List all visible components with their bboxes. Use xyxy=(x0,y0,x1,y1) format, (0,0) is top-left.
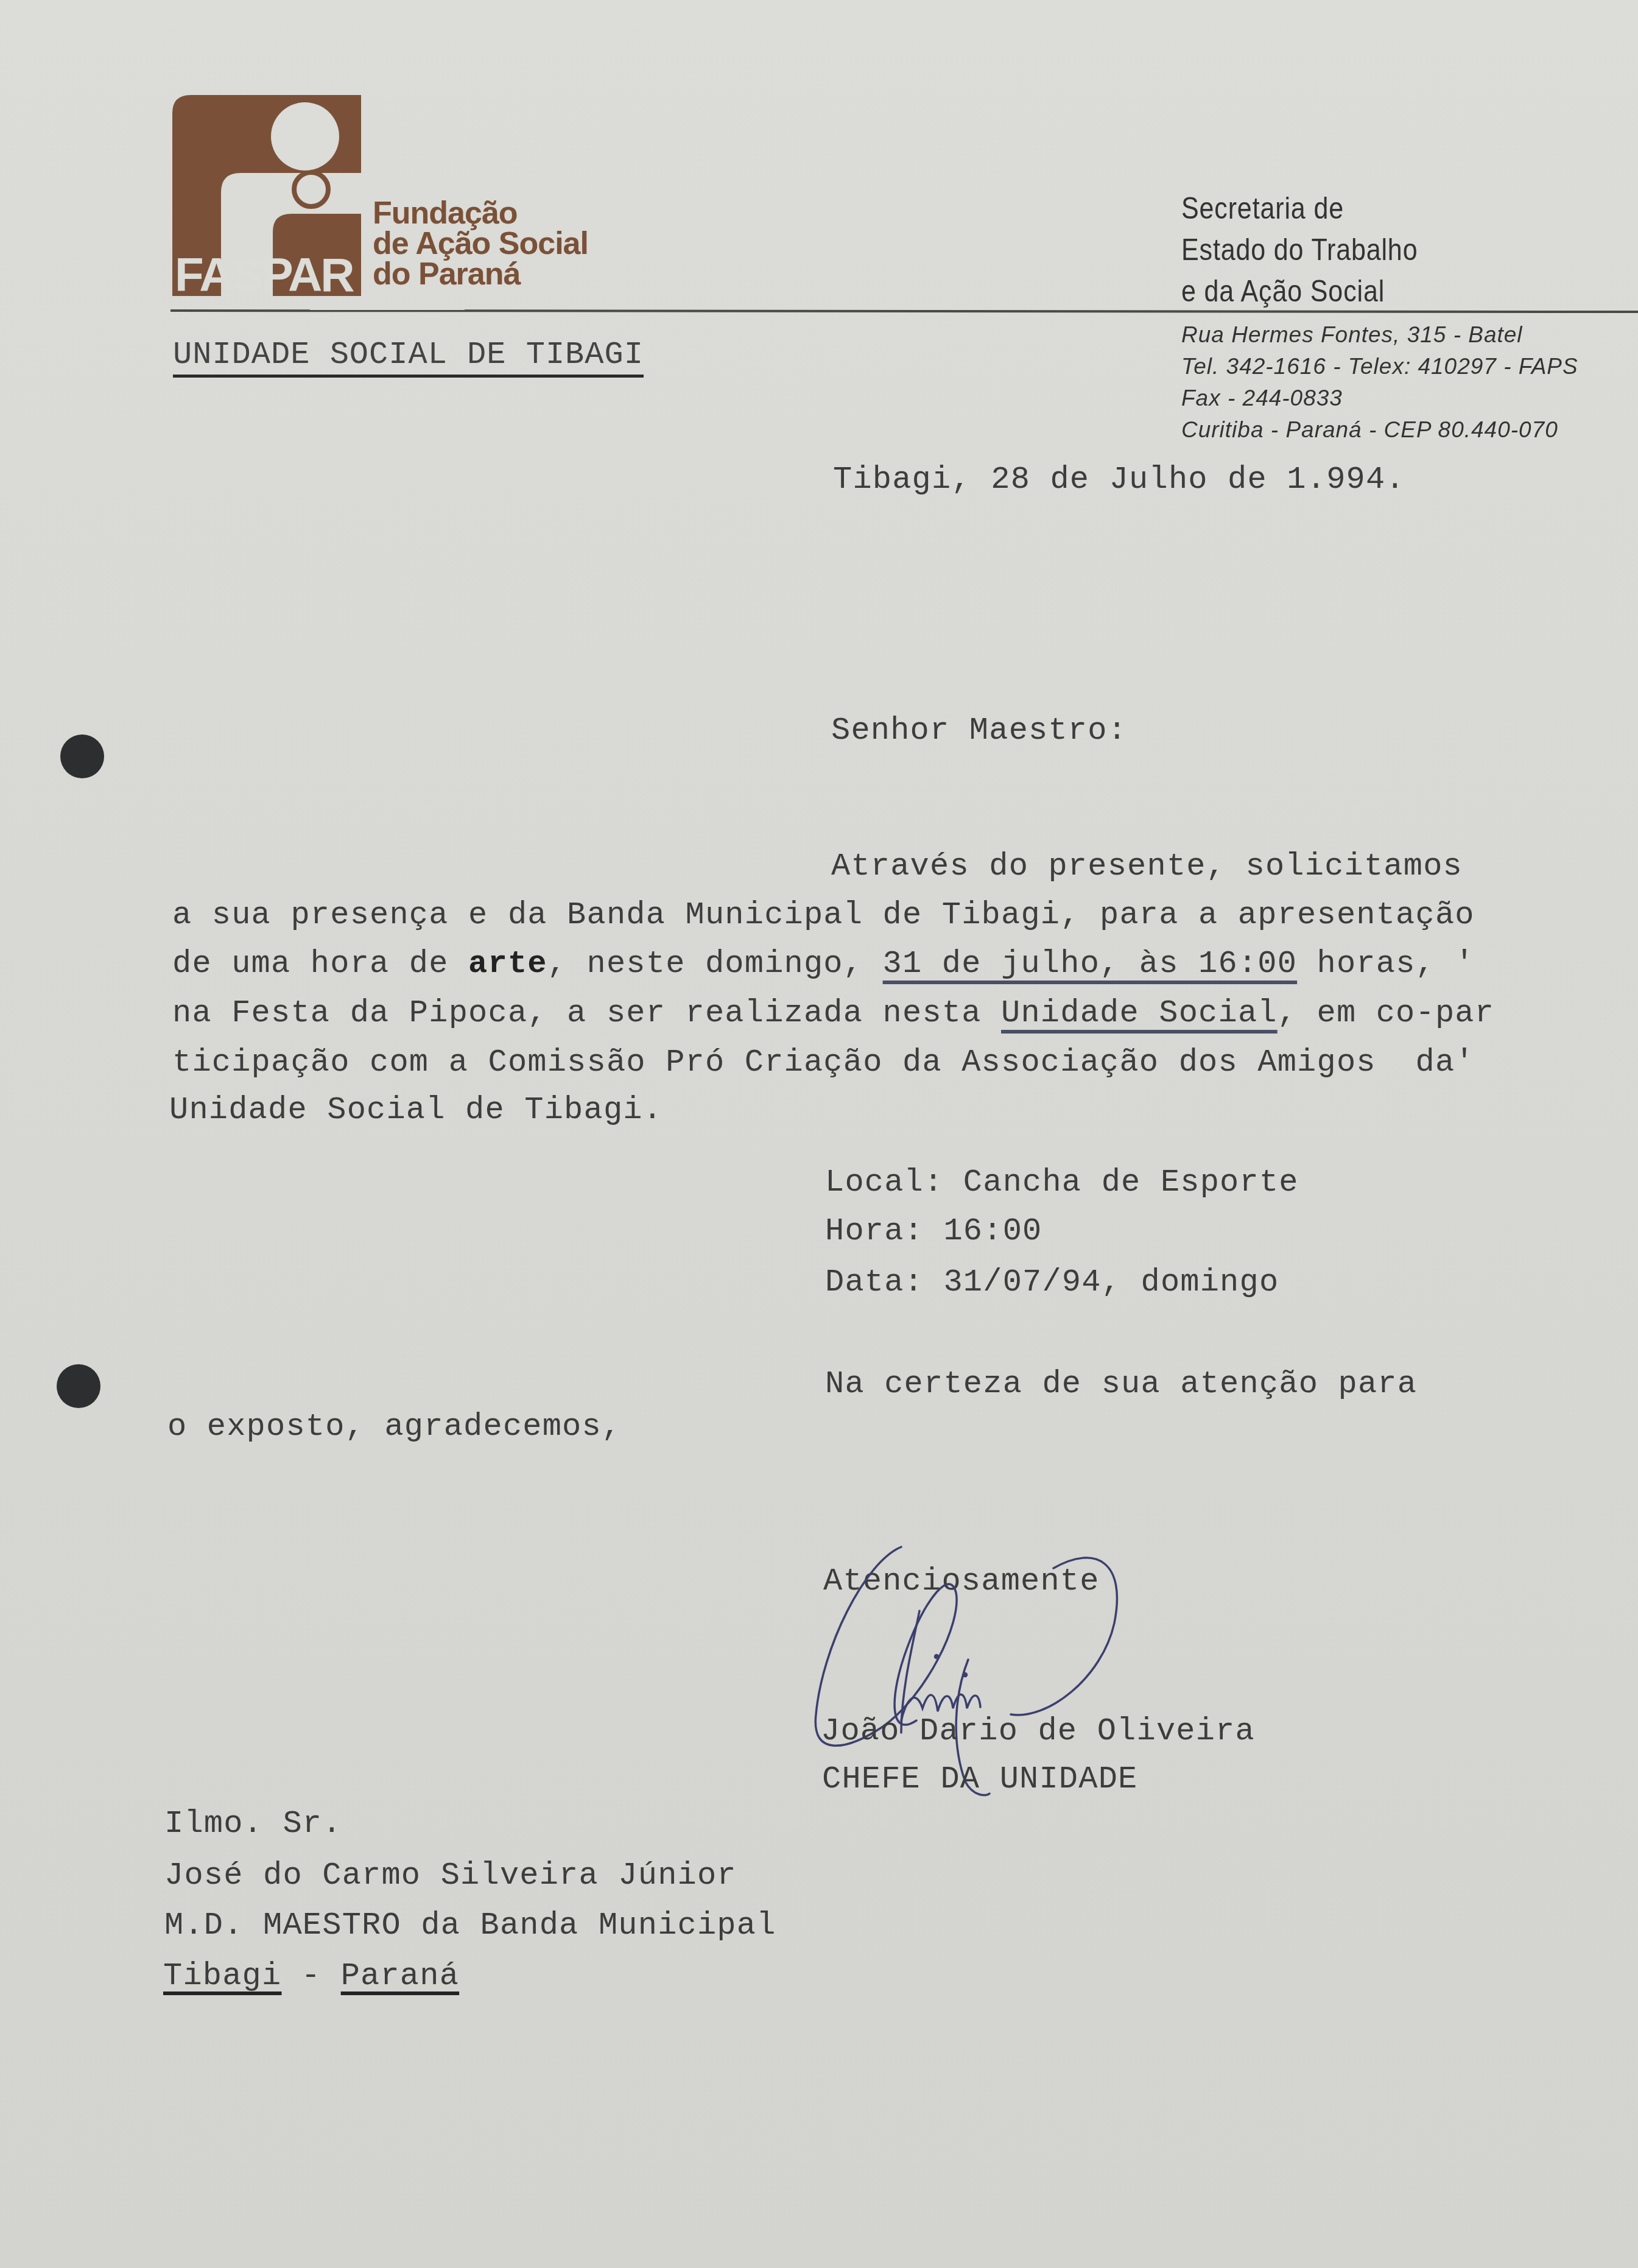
text-span: - xyxy=(281,1958,340,1994)
body-line: Unidade Social de Tibagi. xyxy=(169,1086,663,1135)
detail-local: Local: Cancha de Esporte xyxy=(825,1158,1299,1207)
text-span: na Festa da Pipoca, a ser realizada nest… xyxy=(172,995,1001,1031)
secretaria-line: Secretaria de xyxy=(1181,188,1418,229)
signer-name: João Dario de Oliveira xyxy=(821,1707,1255,1756)
underlined-unidade-social: Unidade Social xyxy=(1001,995,1278,1031)
date-line: Tibagi, 28 de Julho de 1.994. xyxy=(833,456,1405,504)
unit-title: UNIDADE SOCIAL DE TIBAGI xyxy=(173,337,644,378)
address-line: Fax - 244-0833 xyxy=(1181,382,1578,414)
recipient-role: M.D. MAESTRO da Banda Municipal xyxy=(164,1901,776,1950)
body-line: de uma hora de arte, neste domingo, 31 d… xyxy=(172,940,1475,988)
org-name-line: do Paraná xyxy=(373,259,588,289)
org-name: Fundação de Ação Social do Paraná xyxy=(373,198,588,289)
faspar-logo-icon: FASPAR xyxy=(172,95,361,296)
text-span: horas, ' xyxy=(1297,946,1475,982)
secretaria-line: e da Ação Social xyxy=(1181,270,1418,312)
punch-hole xyxy=(57,1364,100,1408)
closing-line: o exposto, agradecemos, xyxy=(167,1403,621,1451)
punch-hole xyxy=(60,734,104,778)
header-divider xyxy=(170,309,1638,313)
text-span: , neste domingo, xyxy=(547,946,883,982)
secretaria-heading: Secretaria de Estado do Trabalho e da Aç… xyxy=(1181,188,1418,312)
org-name-line: de Ação Social xyxy=(373,228,588,259)
address-line: Rua Hermes Fontes, 315 - Batel xyxy=(1181,319,1578,351)
body-line: na Festa da Pipoca, a ser realizada nest… xyxy=(172,989,1494,1038)
body-line: ticipação com a Comissão Pró Criação da … xyxy=(172,1038,1475,1087)
salutation: Senhor Maestro: xyxy=(831,706,1127,755)
org-name-line: Fundação xyxy=(373,198,588,228)
recipient-state: Paraná xyxy=(341,1958,459,1994)
secretaria-line: Estado do Trabalho xyxy=(1181,229,1418,270)
closing-line: Na certeza de sua atenção para xyxy=(825,1360,1417,1409)
text-span: de uma hora de xyxy=(172,946,468,982)
recipient-name: José do Carmo Silveira Júnior xyxy=(164,1851,737,1900)
address-block: Rua Hermes Fontes, 315 - Batel Tel. 342-… xyxy=(1181,319,1578,446)
signer-title: CHEFE DA UNIDADE xyxy=(822,1755,1137,1804)
detail-data: Data: 31/07/94, domingo xyxy=(825,1258,1279,1307)
address-line: Tel. 342-1616 - Telex: 410297 - FAPS xyxy=(1181,351,1578,382)
text-span: , em co-par xyxy=(1278,995,1494,1031)
recipient-honorific: Ilmo. Sr. xyxy=(164,1800,342,1848)
body-line: Através do presente, solicitamos xyxy=(831,842,1463,891)
emphasis-text: arte xyxy=(468,946,547,982)
body-line: a sua presença e da Banda Municipal de T… xyxy=(172,891,1475,940)
detail-hora: Hora: 16:00 xyxy=(825,1207,1042,1256)
recipient-location: Tibagi - Paraná xyxy=(163,1952,459,2001)
svg-text:FASPAR: FASPAR xyxy=(175,248,354,296)
underlined-date-time: 31 de julho, às 16:00 xyxy=(883,946,1298,982)
recipient-city: Tibagi xyxy=(163,1958,281,1994)
address-line: Curitiba - Paraná - CEP 80.440-070 xyxy=(1181,414,1578,446)
